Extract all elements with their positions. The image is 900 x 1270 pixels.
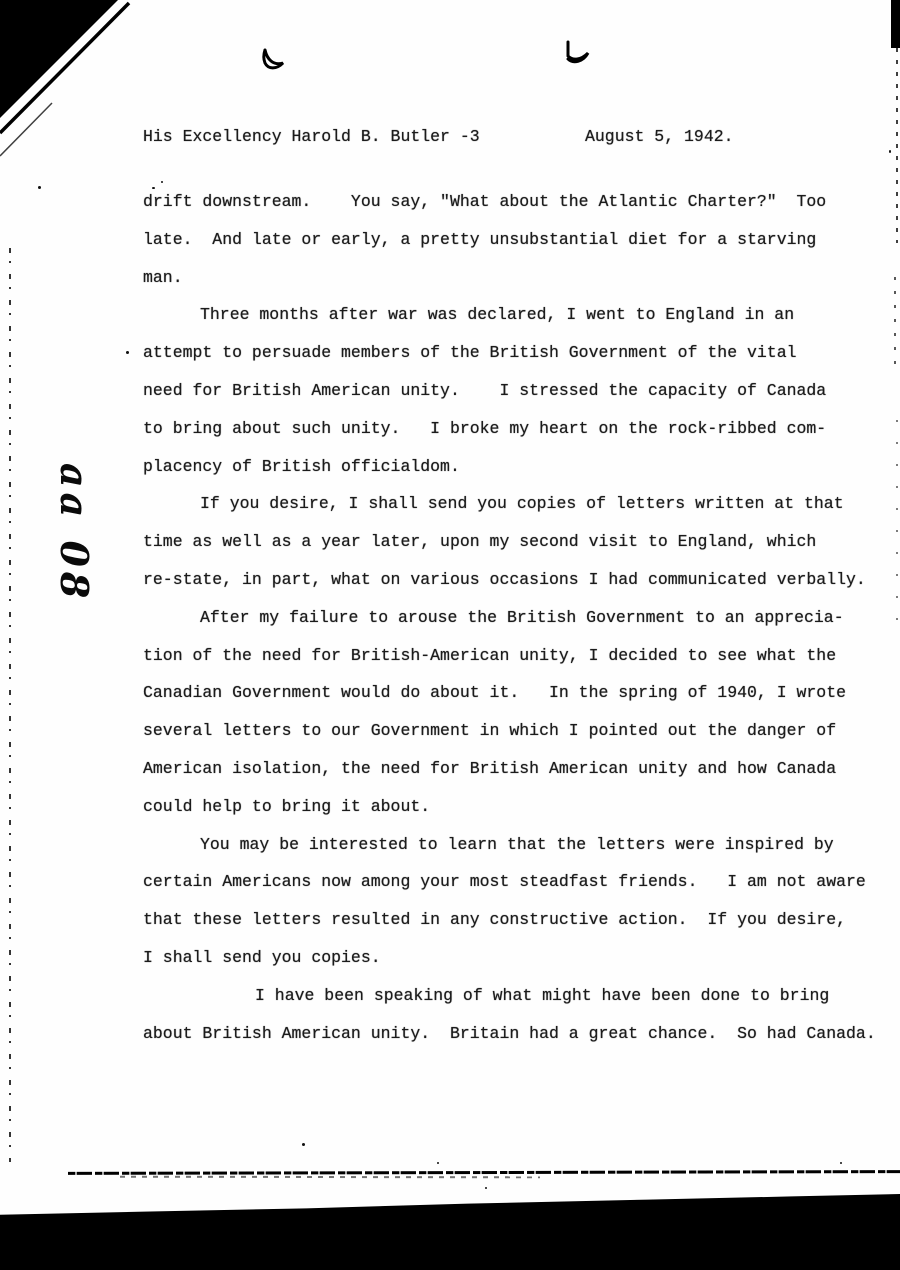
text-line: I have been speaking of what might have … — [143, 977, 873, 1015]
toner-speck — [302, 1143, 305, 1146]
punch-guide-dashes-left — [9, 248, 11, 1162]
scan-dashes-right — [896, 48, 898, 243]
addressee-line: His Excellency Harold B. Butler -3 — [143, 127, 480, 146]
text-line: I shall send you copies. — [143, 939, 873, 977]
pen-mark-icon — [258, 46, 292, 76]
letter-header: His Excellency Harold B. Butler -3 Augus… — [143, 127, 883, 147]
text-line: about British American unity. Britain ha… — [143, 1015, 873, 1053]
scan-dashes-right — [894, 277, 896, 372]
text-line: several letters to our Government in whi… — [143, 712, 873, 750]
text-line: tion of the need for British-American un… — [143, 637, 873, 675]
scan-edge-bar-right — [891, 0, 900, 48]
text-line: man. — [143, 259, 873, 297]
text-line: You may be interested to learn that the … — [143, 826, 873, 864]
scratch-line — [120, 1176, 540, 1179]
toner-speck — [161, 181, 163, 183]
text-line: that these letters resulted in any const… — [143, 901, 873, 939]
text-line: American isolation, the need for British… — [143, 750, 873, 788]
text-line: drift downstream. You say, "What about t… — [143, 183, 873, 221]
toner-speck — [437, 1162, 439, 1164]
text-line: time as well as a year later, upon my se… — [143, 523, 873, 561]
text-line: late. And late or early, a pretty unsubs… — [143, 221, 873, 259]
scan-dashes-right — [896, 420, 898, 630]
text-line: If you desire, I shall send you copies o… — [143, 485, 873, 523]
text-line: to bring about such unity. I broke my he… — [143, 410, 873, 448]
text-line: attempt to persuade members of the Briti… — [143, 334, 873, 372]
text-line: Canadian Government would do about it. I… — [143, 674, 873, 712]
scan-edge-bottom — [0, 1190, 900, 1270]
toner-speck — [485, 1187, 487, 1189]
toner-speck — [840, 1162, 842, 1164]
text-line: could help to bring it about. — [143, 788, 873, 826]
letter-body: drift downstream. You say, "What about t… — [143, 183, 873, 1052]
handwritten-margin-note: aa 08 — [51, 463, 97, 633]
text-line: Three months after war was declared, I w… — [143, 296, 873, 334]
text-line: After my failure to arouse the British G… — [143, 599, 873, 637]
date-line: August 5, 1942. — [585, 127, 734, 146]
toner-speck — [38, 186, 41, 189]
text-line: re-state, in part, what on various occas… — [143, 561, 873, 599]
toner-speck — [889, 150, 891, 153]
toner-speck — [152, 187, 155, 189]
toner-speck — [126, 351, 129, 354]
text-line: need for British American unity. I stres… — [143, 372, 873, 410]
scanned-letter-page: His Excellency Harold B. Butler -3 Augus… — [0, 0, 900, 1270]
scratch-line — [68, 1170, 900, 1175]
text-line: certain Americans now among your most st… — [143, 863, 873, 901]
pen-mark-icon — [562, 40, 592, 66]
text-line: placency of British officialdom. — [143, 448, 873, 486]
